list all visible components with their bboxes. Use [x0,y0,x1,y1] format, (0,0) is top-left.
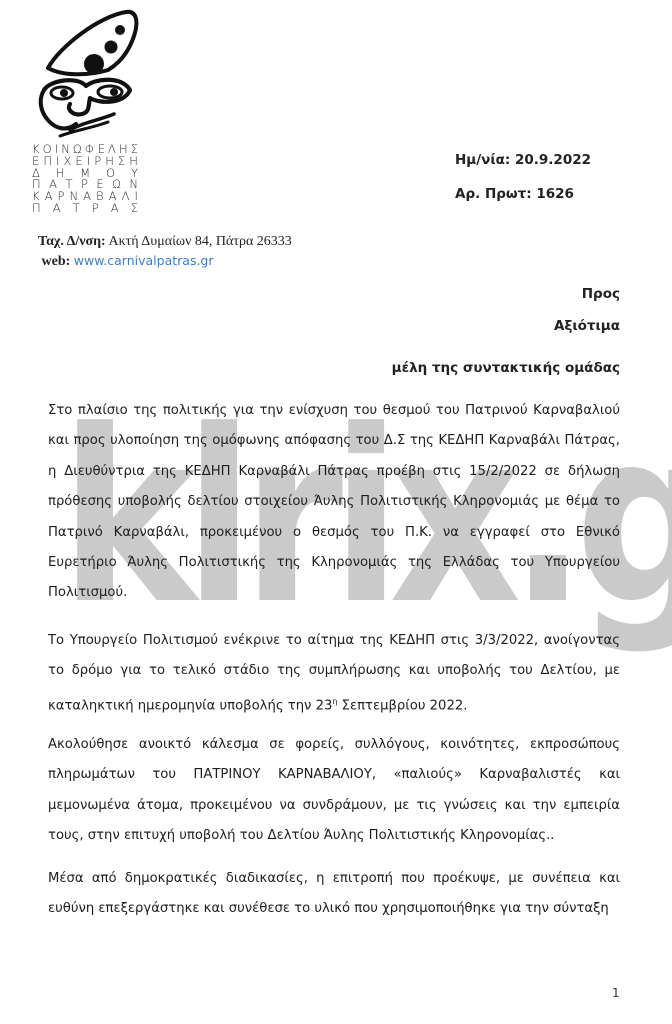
address-row: Ταχ. Δ/νση: Ακτή Δυμαίων 84, Πάτρα 26333 [38,234,292,253]
page-number: 1 [612,986,620,1000]
paragraph-3: Ακολούθησε ανοικτό κάλεσμα σε φορείς, συ… [48,730,620,852]
address-label: Ταχ. Δ/νση: [38,234,106,249]
paragraph-2-end: Σεπτεμβρίου 2022. [337,698,467,713]
carnival-mask-logo-icon [30,6,140,146]
date-label: Ημ/νία: [455,152,510,168]
date-value: 20.9.2022 [515,152,591,168]
organization-name: ΚΟΙΝΩΦΕΛΗΣ ΕΠΙΧΕΙΡΗΣΗ ΔΗΜΟΥ ΠΑΤΡΕΩΝ ΚΑΡΝ… [32,144,138,215]
paragraph-1: Στο πλαίσιο της πολιτικής για την ενίσχυ… [48,396,620,609]
recipient-block: Προς Αξιότιμα μέλη της συντακτικής ομάδα… [392,286,620,376]
recipient-salutation: Αξιότιμα [392,318,620,360]
protocol-value: 1626 [536,186,574,202]
logo-line: ΚΑΡΝΑΒΑΛΙ [32,191,138,203]
paragraph-2: Το Υπουργείο Πολιτισμού ενέκρινε το αίτη… [48,626,620,722]
web-label: web: [42,254,71,269]
protocol-row: Αρ. Πρωτ: 1626 [455,186,591,220]
web-row: web: www.carnivalpatras.gr [38,253,292,272]
protocol-label: Αρ. Πρωτ: [455,186,532,202]
recipient-addressee: μέλη της συντακτικής ομάδας [392,360,620,376]
document-meta: Ημ/νία: 20.9.2022 Αρ. Πρωτ: 1626 [455,152,591,220]
recipient-to: Προς [392,286,620,318]
date-row: Ημ/νία: 20.9.2022 [455,152,591,186]
address-value: Ακτή Δυμαίων 84, Πάτρα 26333 [108,234,291,249]
logo-line: ΠΑΤΡΑΣ [32,203,138,215]
website-link[interactable]: www.carnivalpatras.gr [74,253,214,268]
paragraph-4: Μέσα από δημοκρατικές διαδικασίες, η επι… [48,864,620,925]
contact-info: Ταχ. Δ/νση: Ακτή Δυμαίων 84, Πάτρα 26333… [38,234,292,272]
